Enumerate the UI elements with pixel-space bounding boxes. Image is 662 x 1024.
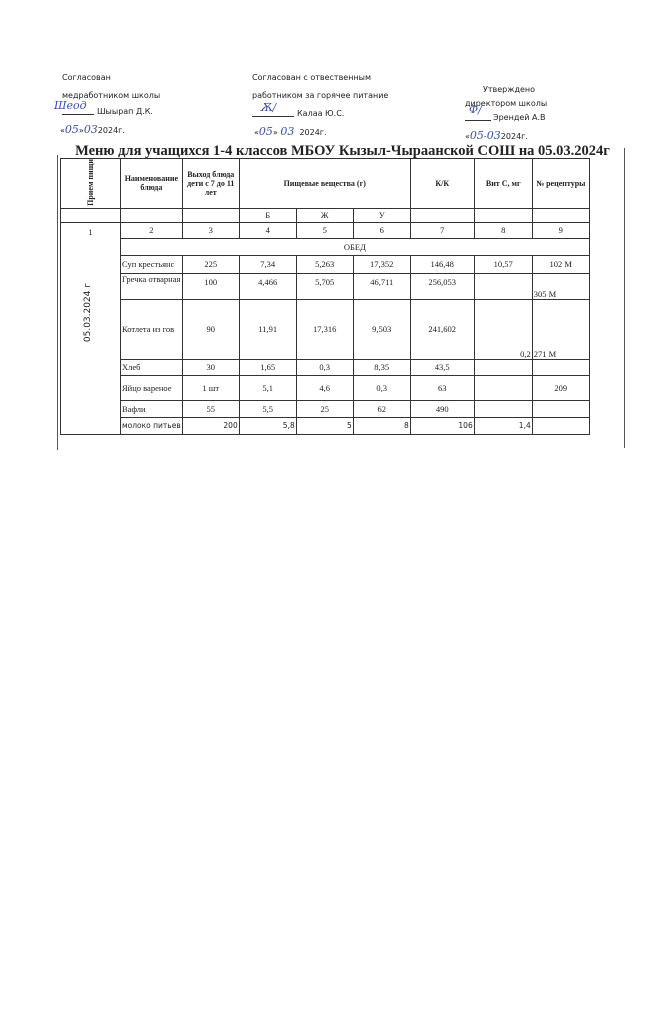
table-row: Суп крестьянс 225 7,34 5,263 17,352 146,… — [61, 255, 590, 273]
header-dish: Наименование блюда — [121, 159, 183, 209]
table-row: Котлета из гов 90 11,91 17,316 9,503 241… — [61, 299, 590, 359]
header-vitc: Вит С, мг — [474, 159, 532, 209]
subheader-zh: Ж — [296, 208, 353, 222]
header-meal: Прием пищи — [61, 159, 121, 209]
subheader-u: У — [353, 208, 410, 222]
approval-line1: Согласован с отвественным — [252, 74, 371, 82]
column-numbers-row: 1 05.03.2024 г 2 3 4 5 6 7 8 9 — [61, 222, 590, 238]
menu-table: Прием пищи Наименование блюда Выход блюд… — [60, 158, 590, 435]
header-kk: К/К — [410, 159, 474, 209]
header-output: Выход блюда дети с 7 до 11 лет — [182, 159, 239, 209]
subheader-b: Б — [239, 208, 296, 222]
approval-date: «05» 03 2024г. — [254, 126, 327, 137]
approval-line2: работником за горячее питание — [252, 92, 388, 100]
table-row: Хлеб 30 1,65 0,3 8,35 43,5 — [61, 359, 590, 375]
table-row: Гречка отварная 100 4,466 5,705 46,711 2… — [61, 273, 590, 299]
border-line — [624, 148, 625, 448]
approval-date: «05-032024г. — [465, 130, 528, 141]
table-row: молоко питьев 200 5,8 5 8 106 1,4 — [61, 417, 590, 434]
signature: Ѫ/ — [260, 102, 276, 113]
approval-name: Калаа Ю.С. — [297, 110, 344, 118]
approval-line1: Утверждено — [483, 86, 535, 94]
signature: Шеод — [54, 100, 87, 111]
meal-date: 05.03.2024 г — [83, 283, 93, 342]
header-recipe: № рецептуры — [532, 159, 589, 209]
table-row: Яйцо вареное 1 шт 5,1 4,6 0,3 63 209 — [61, 375, 590, 400]
table-row: Вафли 55 5,5 25 62 490 — [61, 400, 590, 417]
approval-date: «05»032024г. — [60, 124, 125, 135]
signature: Ф/ — [469, 104, 482, 115]
border-line — [57, 155, 58, 450]
section-label: ОБЕД — [121, 238, 590, 255]
approval-name: Шыырап Д.К. — [97, 108, 153, 116]
header-nutrients: Пищевые вещества (г) — [239, 159, 410, 209]
approval-name: Эрендей А.В — [493, 114, 546, 122]
meal-cell: 1 05.03.2024 г — [61, 222, 121, 434]
approval-line1: Согласован — [62, 74, 111, 82]
